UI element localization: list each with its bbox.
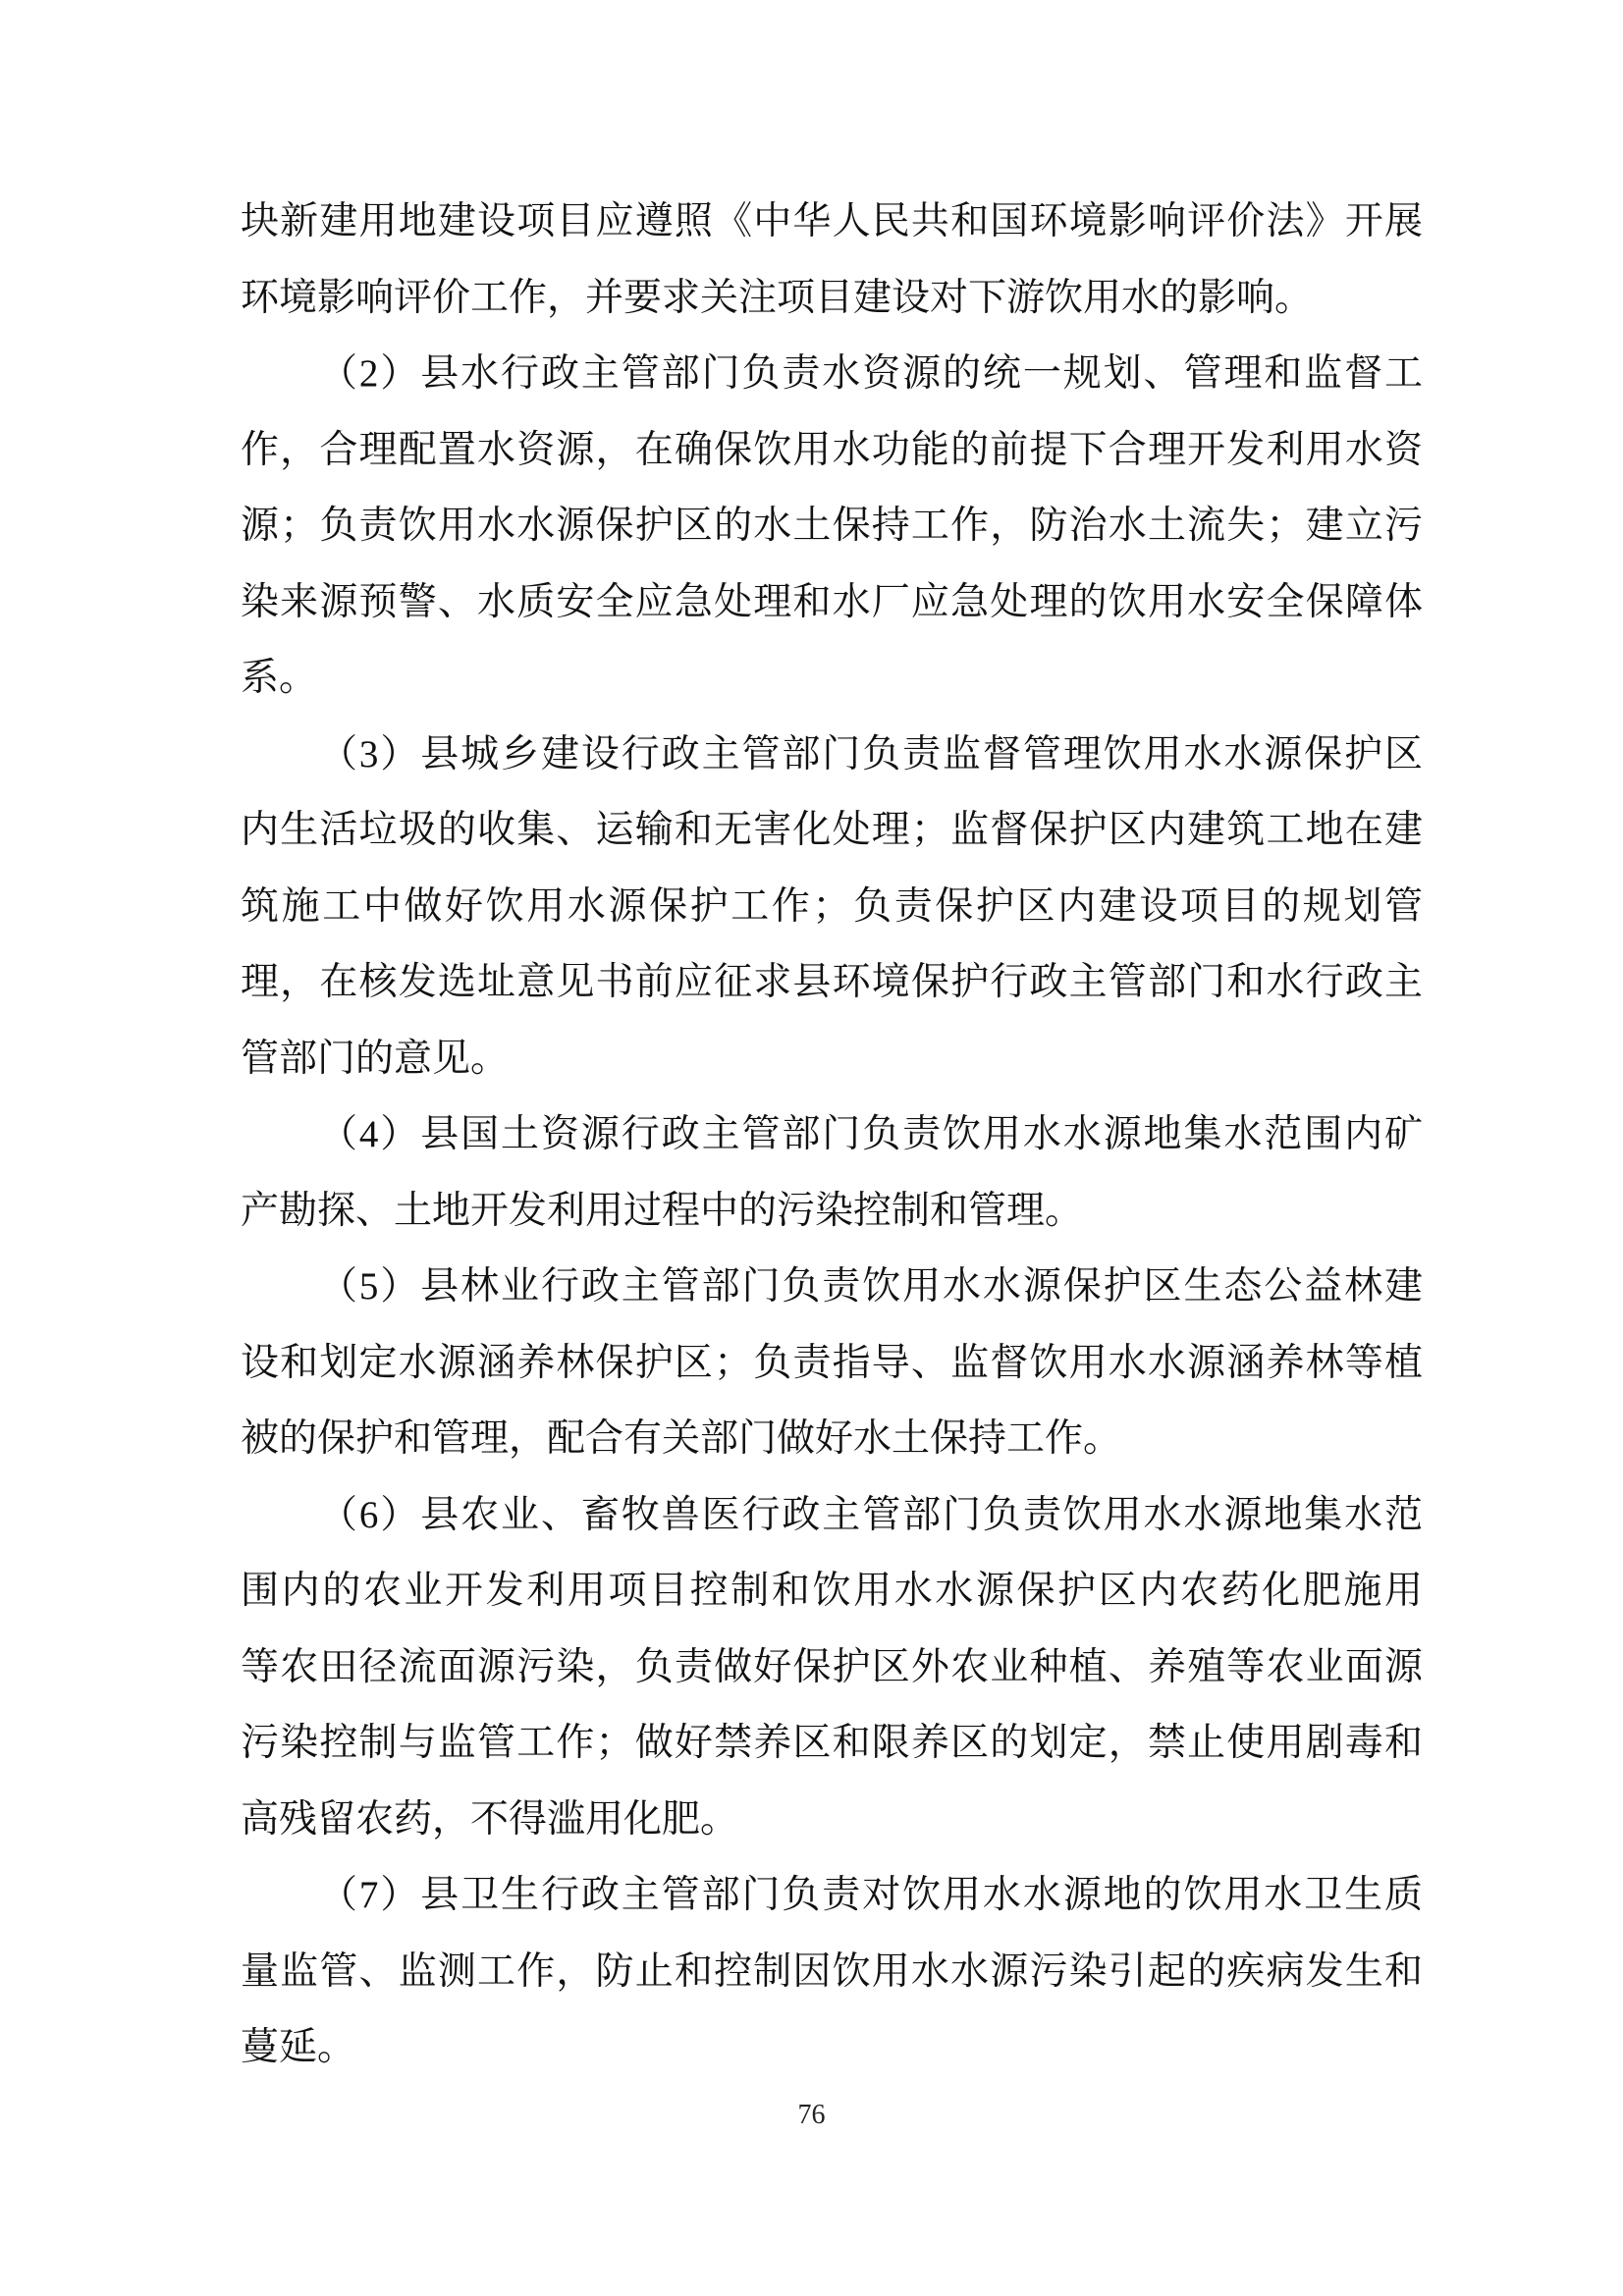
text-line: （2）县水行政主管部门负责水资源的统一规划、管理和监督工 [241,336,1423,412]
text-line: 块新建用地建设项目应遵照《中华人民共和国环境影响评价法》开展 [241,184,1423,260]
text-line: 系。 [241,640,1423,717]
text-line: 内生活垃圾的收集、运输和无害化处理；监督保护区内建筑工地在建 [241,792,1423,869]
text-line: 被的保护和管理，配合有关部门做好水土保持工作。 [241,1401,1423,1477]
text-line: （5）县林业行政主管部门负责饮用水水源保护区生态公益林建 [241,1249,1423,1325]
text-line: 等农田径流面源污染，负责做好保护区外农业种植、养殖等农业面源 [241,1629,1423,1706]
text-line: 源；负责饮用水水源保护区的水土保持工作，防治水土流失；建立污 [241,488,1423,564]
text-line: 蔓延。 [241,2009,1423,2086]
text-line: （7）县卫生行政主管部门负责对饮用水水源地的饮用水卫生质 [241,1857,1423,1934]
text-line: （3）县城乡建设行政主管部门负责监督管理饮用水水源保护区 [241,717,1423,793]
text-line: 环境影响评价工作，并要求关注项目建设对下游饮用水的影响。 [241,260,1423,337]
text-line: 量监管、监测工作，防止和控制因饮用水水源污染引起的疾病发生和 [241,1934,1423,2010]
text-line: 围内的农业开发利用项目控制和饮用水水源保护区内农药化肥施用 [241,1553,1423,1629]
text-line: （6）县农业、畜牧兽医行政主管部门负责饮用水水源地集水范 [241,1477,1423,1554]
text-line: 高残留农药，不得滥用化肥。 [241,1782,1423,1858]
text-line: 理，在核发选址意见书前应征求县环境保护行政主管部门和水行政主 [241,944,1423,1021]
text-line: 污染控制与监管工作；做好禁养区和限养区的划定，禁止使用剧毒和 [241,1705,1423,1782]
page-number: 76 [0,2099,1623,2132]
document-page: 块新建用地建设项目应遵照《中华人民共和国环境影响评价法》开展 环境影响评价工作，… [0,0,1623,2296]
text-line: 染来源预警、水质安全应急处理和水厂应急处理的饮用水安全保障体 [241,564,1423,641]
text-line: 产勘探、土地开发利用过程中的污染控制和管理。 [241,1173,1423,1250]
text-line: 作，合理配置水资源，在确保饮用水功能的前提下合理开发利用水资 [241,412,1423,489]
text-line: （4）县国土资源行政主管部门负责饮用水水源地集水范围内矿 [241,1096,1423,1173]
text-line: 筑施工中做好饮用水源保护工作；负责保护区内建设项目的规划管 [241,869,1423,945]
document-body: 块新建用地建设项目应遵照《中华人民共和国环境影响评价法》开展 环境影响评价工作，… [241,184,1423,2086]
text-line: 管部门的意见。 [241,1021,1423,1097]
text-line: 设和划定水源涵养林保护区；负责指导、监督饮用水水源涵养林等植 [241,1325,1423,1402]
